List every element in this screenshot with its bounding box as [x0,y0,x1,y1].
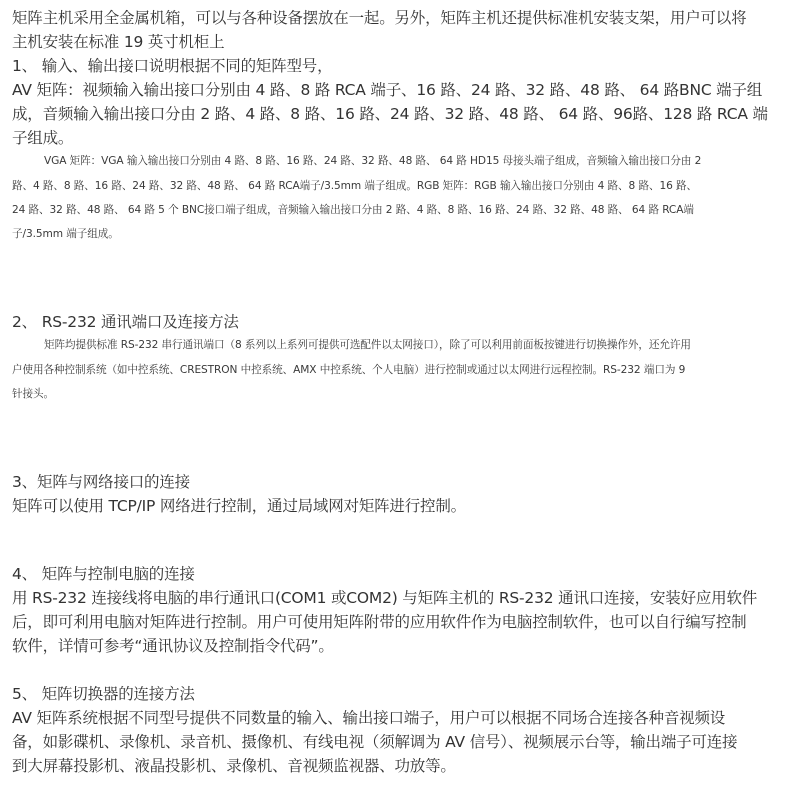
section-heading-3: 3、矩阵与网络接口的连接 [12,470,190,494]
paragraph-line: 矩阵可以使用 TCP/IP 网络进行控制，通过局域网对矩阵进行控制。 [12,494,466,518]
section-heading-4: 4、 矩阵与控制电脑的连接 [12,562,195,586]
paragraph-line: 软件，详情可参考“通讯协议及控制指令代码”。 [12,634,334,658]
paragraph-line: 成，音频输入输出接口分由 2 路、4 路、8 路、16 路、24 路、32 路、… [12,102,768,126]
small-paragraph-line: 户使用各种控制系统（如中控系统、CRESTRON 中控系统、AMX 中控系统、个… [12,358,685,382]
section-heading-1: 1、 输入、输出接口说明根据不同的矩阵型号， [12,54,332,78]
small-paragraph-line: 针接头。 [12,382,54,406]
small-paragraph-line: 矩阵均提供标准 RS-232 串行通讯端口（8 系列以上系列可提供可选配件以太网… [44,333,691,357]
paragraph-line: AV 矩阵：视频输入输出接口分别由 4 路、8 路 RCA 端子、16 路、24… [12,78,762,102]
small-paragraph-line: 24 路、32 路、48 路、 64 路 5 个 BNC接口端子组成，音频输入输… [12,198,694,222]
small-paragraph-line: 路、4 路、8 路、16 路、24 路、32 路、48 路、 64 路 RCA端… [12,174,697,198]
small-paragraph-line: VGA 矩阵：VGA 输入输出接口分别由 4 路、8 路、16 路、24 路、3… [44,149,701,173]
paragraph-line: 备，如影碟机、录像机、录音机、摄像机、有线电视（须解调为 AV 信号）、视频展示… [12,730,737,754]
intro-line: 主机安装在标准 19 英寸机柜上 [12,30,224,54]
paragraph-line: AV 矩阵系统根据不同型号提供不同数量的输入、输出接口端子，用户可以根据不同场合… [12,706,725,730]
section-heading-5: 5、 矩阵切换器的连接方法 [12,682,195,706]
paragraph-line: 到大屏幕投影机、液晶投影机、录像机、音视频监视器、功放等。 [12,754,456,778]
small-paragraph-line: 子/3.5mm 端子组成。 [12,222,119,246]
paragraph-line: 后，即可利用电脑对矩阵进行控制。用户可使用矩阵附带的应用软件作为电脑控制软件，也… [12,610,746,634]
paragraph-line: 子组成。 [12,126,73,150]
paragraph-line: 用 RS-232 连接线将电脑的串行通讯口(COM1 或COM2) 与矩阵主机的… [12,586,757,610]
section-heading-2: 2、 RS-232 通讯端口及连接方法 [12,310,239,334]
intro-line: 矩阵主机采用全金属机箱，可以与各种设备摆放在一起。另外，矩阵主机还提供标准机安装… [12,6,746,30]
